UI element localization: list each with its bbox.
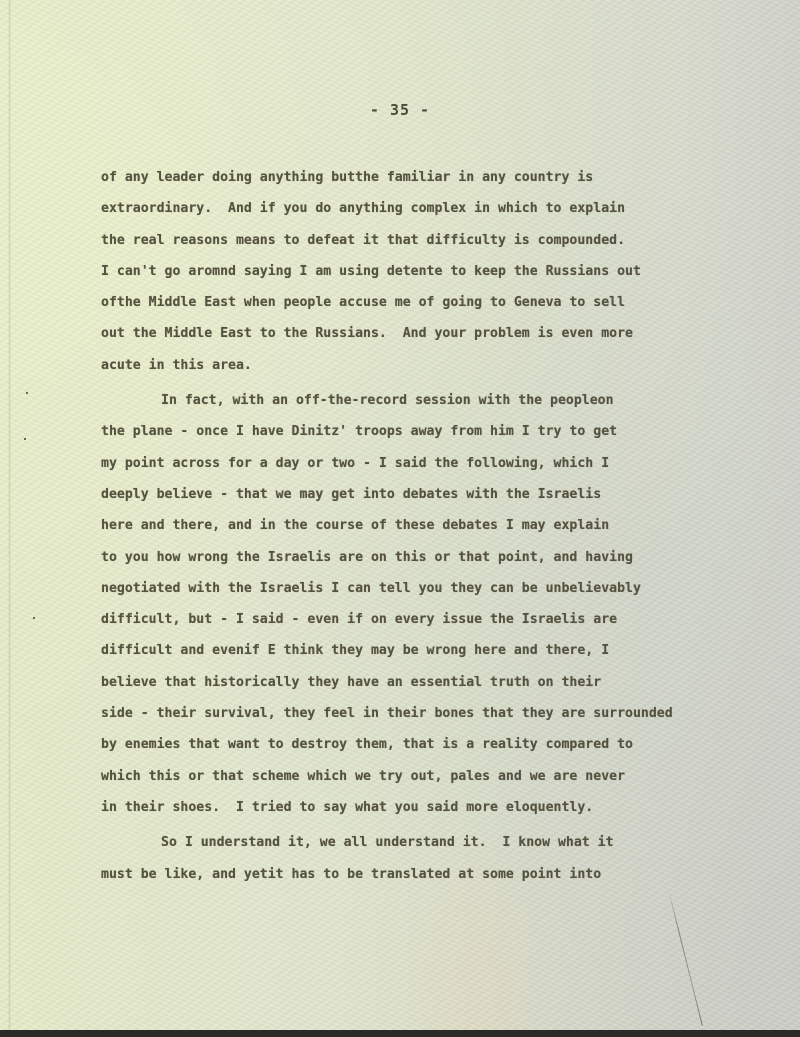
text-line: the plane - once I have Dinitz' troops a…	[101, 416, 791, 447]
text-line: out the Middle East to the Russians. And…	[101, 318, 791, 349]
text-line: which this or that scheme which we try o…	[101, 761, 791, 792]
text-line: here and there, and in the course of the…	[101, 510, 791, 541]
text-line: difficult and evenif E think they may be…	[101, 635, 791, 666]
paragraph-1: of any leader doing anything butthe fami…	[101, 162, 791, 381]
speck-mark	[26, 392, 28, 394]
text-line: I can't go aromnd saying I am using dete…	[101, 256, 791, 287]
page-crease	[8, 0, 11, 1030]
speck-mark	[24, 438, 26, 440]
text-line: believe that historically they have an e…	[101, 667, 791, 698]
text-line: extraordinary. And if you do anything co…	[101, 193, 791, 224]
text-line: by enemies that want to destroy them, th…	[101, 729, 791, 760]
text-line: In fact, with an off-the-record session …	[101, 385, 791, 416]
scan-bottom-edge	[0, 1030, 800, 1037]
text-line: deeply believe - that we may get into de…	[101, 479, 791, 510]
text-line: in their shoes. I tried to say what you …	[101, 792, 791, 823]
text-line: side - their survival, they feel in thei…	[101, 698, 791, 729]
paragraph-3: So I understand it, we all understand it…	[101, 827, 791, 890]
text-line: the real reasons means to defeat it that…	[101, 225, 791, 256]
text-line: negotiated with the Israelis I can tell …	[101, 573, 791, 604]
document-page: - 35 - of any leader doing anything butt…	[0, 0, 800, 1030]
page-number: - 35 -	[0, 101, 800, 119]
text-line: my point across for a day or two - I sai…	[101, 448, 791, 479]
paragraph-2: In fact, with an off-the-record session …	[101, 385, 791, 823]
document-body: of any leader doing anything butthe fami…	[101, 162, 791, 890]
text-line: So I understand it, we all understand it…	[101, 827, 791, 858]
text-line: of any leader doing anything butthe fami…	[101, 162, 791, 193]
text-line: must be like, and yetit has to be transl…	[101, 859, 791, 890]
text-line: ofthe Middle East when people accuse me …	[101, 287, 791, 318]
text-line: acute in this area.	[101, 350, 791, 381]
text-line: to you how wrong the Israelis are on thi…	[101, 542, 791, 573]
speck-mark	[33, 617, 35, 619]
paper-scratch-mark	[668, 890, 703, 1026]
text-line: difficult, but - I said - even if on eve…	[101, 604, 791, 635]
